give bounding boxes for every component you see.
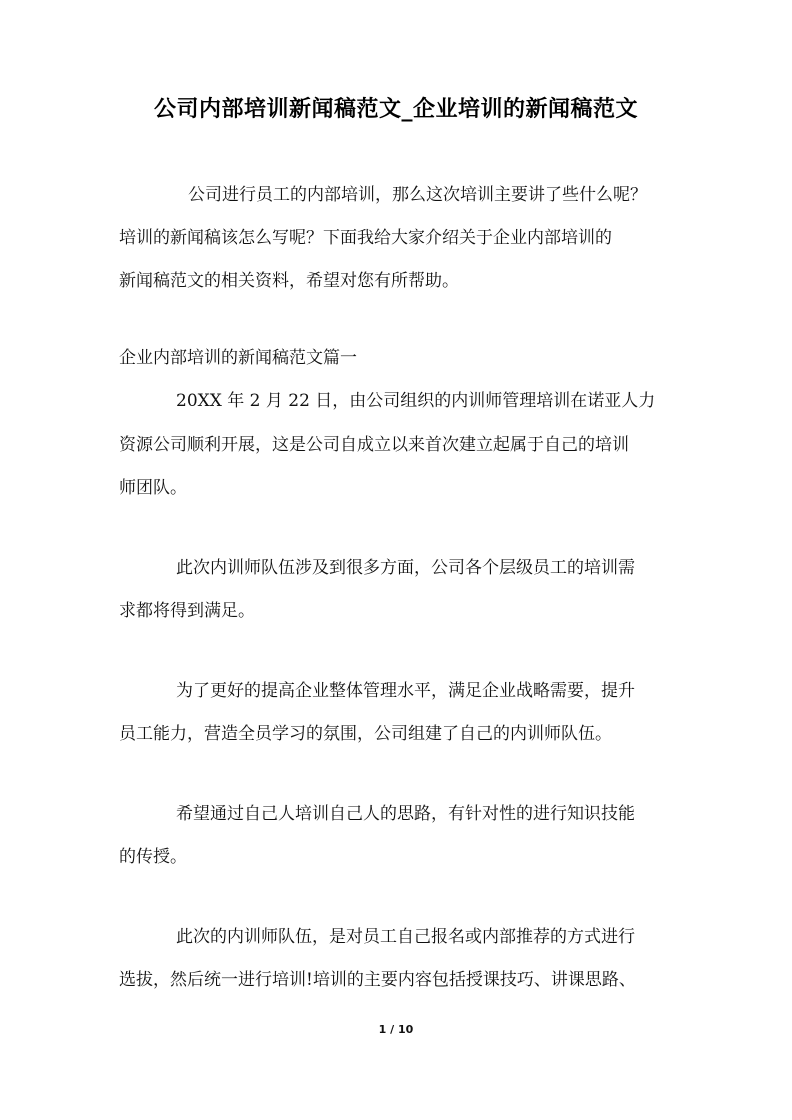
text-line: 选拔，然后统一进行培训!培训的主要内容包括授课技巧、讲课思路、	[119, 965, 636, 990]
text-line: 的传授。	[119, 842, 187, 867]
text-line: 新闻稿范文的相关资料，希望对您有所帮助。	[119, 266, 459, 291]
text-line: 此次内训师队伍涉及到很多方面，公司各个层级员工的培训需	[176, 553, 635, 578]
document-title: 公司内部培训新闻稿范文_企业培训的新闻稿范文	[0, 92, 792, 123]
section-heading: 企业内部培训的新闻稿范文篇一	[119, 343, 357, 368]
text-line: 公司进行员工的内部培训，那么这次培训主要讲了些什么呢？	[188, 180, 647, 205]
text-line: 20XX 年 2 月 22 日，由公司组织的内训师管理培训在诺亚人力	[176, 386, 655, 411]
text-line: 师团队。	[119, 473, 187, 498]
text-line: 希望通过自己人培训自己人的思路，有针对性的进行知识技能	[176, 799, 635, 824]
text-line: 员工能力，营造全员学习的氛围，公司组建了自己的内训师队伍。	[119, 719, 612, 744]
text-line: 求都将得到满足。	[119, 596, 255, 621]
text-line: 此次的内训师队伍，是对员工自己报名或内部推荐的方式进行	[176, 922, 635, 947]
text-line: 资源公司顺利开展，这是公司自成立以来首次建立起属于自己的培训	[119, 430, 629, 455]
page-indicator: 1 / 10	[0, 1023, 792, 1036]
text-line: 为了更好的提高企业整体管理水平，满足企业战略需要，提升	[176, 676, 635, 701]
text-line: 培训的新闻稿该怎么写呢？下面我给大家介绍关于企业内部培训的	[119, 223, 612, 248]
